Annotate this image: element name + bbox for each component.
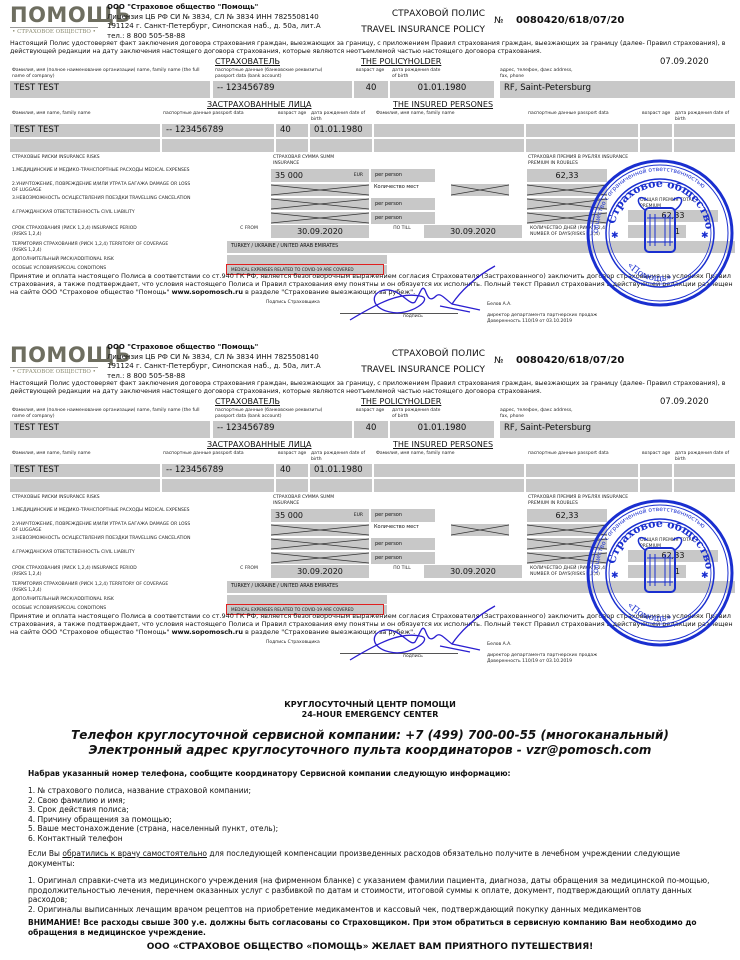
insured-dob: 01.01.1980 (310, 124, 372, 137)
risk-1-currency: EUR (354, 169, 363, 182)
insurer-signature-label: Подпись Страховщика (266, 300, 320, 306)
self-treatment-text: Если Вы обратились к врачу самостоятельн… (28, 849, 718, 868)
company-stamp: Общество с ограниченной ответственностью… (585, 158, 735, 308)
policy-title-ru: СТРАХОВОЙ ПОЛИС (380, 346, 485, 362)
instruction-text: Набрав указанный номер телефона, сообщит… (28, 769, 511, 779)
risk-4-label: 4.ГРАЖДАНСКАЯ ОТВЕТСТВЕННОСТЬ CIVIL LIAB… (12, 210, 192, 216)
risk-1-label: 1.МЕДИЦИНСКИЕ И МЕДИКО-ТРАНСПОРТНЫЕ РАСХ… (12, 508, 192, 514)
risk-1-currency: EUR (354, 509, 363, 522)
info-item: 4. Причину обращения за помощью; (28, 815, 278, 825)
risk-3-sum-crossed (271, 198, 369, 210)
period-from: 30.09.2020 (271, 225, 369, 238)
policyholder-age: 40 (354, 421, 388, 438)
info-item: 5. Ваше местонахождение (страна, населен… (28, 824, 278, 834)
company-info: ООО "Страховое общество "Помощь" Лицензи… (107, 3, 321, 41)
insured-row-2 (10, 479, 160, 492)
risk-3-sum-crossed (271, 538, 369, 550)
insured-passport: -- 123456789 (162, 124, 274, 137)
period-from-label: С FROM (238, 566, 260, 572)
company-logo: ПОМОЩЬ • СТРАХОВОЕ ОБЩЕСТВО • (10, 4, 98, 38)
policyholder-passport: -- 123456789 (213, 421, 352, 438)
risk-4-unit: per person (371, 212, 435, 224)
insured-row-2-cell (276, 479, 308, 492)
sum-header: СТРАХОВАЯ СУММА SUMM INSURANCE (273, 495, 353, 506)
label-name: Фамилия, имя (полное наименование органи… (12, 68, 202, 79)
svg-text:«Помощь»: «Помощь» (625, 601, 673, 625)
policy-title: СТРАХОВОЙ ПОЛИС TRAVEL INSURANCE POLICY (380, 6, 485, 22)
period-label: СРОК СТРАХОВАНИЯ (РИСК 1,2,4) INSURANCE … (12, 226, 152, 237)
risk-1-unit: per person (371, 169, 435, 182)
label-insured-passport: паспортные данные passport data (163, 111, 253, 117)
signer-power-of-attorney: Доверенность 110/19 от 03.10.2019 (487, 659, 627, 665)
label-insured-passport-2: паспортные данные passport data (528, 111, 618, 117)
policyholder-name: TEST TEST (10, 81, 210, 98)
insured-age-slot-2 (640, 124, 672, 137)
luggage-count-crossed (451, 184, 509, 196)
company-name: ООО "Страховое общество "Помощь" (107, 3, 321, 13)
svg-text:✱: ✱ (701, 231, 709, 241)
insured-row-2-cell (526, 479, 638, 492)
svg-text:«Помощь»: «Помощь» (625, 261, 673, 285)
signer-title: директор департамента партнерских продаж (487, 653, 627, 659)
signer-power-of-attorney: Доверенность 110/19 от 03.10.2019 (487, 319, 627, 325)
emergency-title-ru: КРУГЛОСУТОЧНЫЙ ЦЕНТР ПОМОЩИ (0, 700, 740, 710)
risk-1-sum-value: 35 000 (275, 171, 303, 180)
company-address: 191124 г. Санкт-Петербург, Синопская наб… (107, 22, 321, 32)
policyholder-heading-ru: СТРАХОВАТЕЛЬ (215, 57, 280, 66)
policy-number: 0080420/618/07/20 (516, 355, 624, 366)
label-dob: дата рождения date of birth (392, 408, 442, 419)
label-address: адрес, телефон, факс address, fax, phone (500, 408, 580, 419)
info-list: 1. № страхового полиса, название страхов… (28, 786, 278, 843)
risk-4-unit: per person (371, 552, 435, 564)
policy-title: СТРАХОВОЙ ПОЛИС TRAVEL INSURANCE POLICY (380, 346, 485, 362)
policyholder-age: 40 (354, 81, 388, 98)
policy-title-ru: СТРАХОВОЙ ПОЛИС (380, 6, 485, 22)
period-till-label: ПО TILL (392, 566, 412, 572)
insured-row-2-cell (674, 139, 735, 152)
label-address: адрес, телефон, факс address, fax, phone (500, 68, 580, 79)
additional-risk-label: ДОПОЛНИТЕЛЬНЫЙ РИСК/ADDITIONAL RISK (12, 257, 182, 263)
insured-heading-ru: ЗАСТРАХОВАННЫЕ ЛИЦА (207, 100, 311, 109)
period-till-label: ПО TILL (392, 226, 412, 232)
label-insured-name: Фамилия, имя name, family name (12, 111, 152, 117)
territory-label: ТЕРРИТОРИЯ СТРАХОВАНИЯ (РИСК 1,2,4) TERR… (12, 582, 182, 593)
svg-text:✱: ✱ (701, 571, 709, 581)
website: www.sopomosch.ru (172, 628, 243, 636)
insured-passport-slot-2 (526, 464, 638, 477)
risk-2-sum-crossed (271, 184, 369, 196)
label-insured-age-2: возраст age (642, 111, 672, 117)
label-insured-dob-2: дата рождения date of birth (675, 451, 730, 462)
website: www.sopomosch.ru (172, 288, 243, 296)
doc-item: 2. Оригиналы выписанных лечащим врачом р… (28, 905, 718, 915)
company-license: Лицензия ЦБ РФ СИ № 3834, СЛ № 3834 ИНН … (107, 353, 321, 363)
emergency-title-en: 24-HOUR EMERGENCY CENTER (0, 710, 740, 720)
emergency-email: Электронный адрес круглосуточного пульта… (0, 743, 740, 758)
label-insured-dob: дата рождения date of birth (311, 111, 366, 122)
risks-header: СТРАХОВЫЕ РИСКИ INSURANCE RISKS (12, 495, 102, 501)
insured-row-2-cell (640, 139, 672, 152)
company-info: ООО "Страховое общество "Помощь" Лицензи… (107, 343, 321, 381)
insured-heading-en: THE INSURED PERSONES (393, 100, 493, 109)
insured-row-2-cell (374, 139, 524, 152)
label-name: Фамилия, имя (полное наименование органи… (12, 408, 202, 419)
insured-row-2-cell (310, 139, 372, 152)
policy-title-en: TRAVEL INSURANCE POLICY (361, 22, 485, 38)
risk-2-unit: Количество мест (374, 184, 419, 190)
additional-risk-label: ДОПОЛНИТЕЛЬНЫЙ РИСК/ADDITIONAL RISK (12, 597, 182, 603)
territory-label: ТЕРРИТОРИЯ СТРАХОВАНИЯ (РИСК 1,2,4) TERR… (12, 242, 182, 253)
insured-passport-slot-2 (526, 124, 638, 137)
insured-dob-slot-2 (674, 124, 735, 137)
self-treatment-emphasis: обратились к врачу самостоятельно (62, 849, 207, 858)
label-insured-passport-2: паспортные данные passport data (528, 451, 618, 457)
insured-name: TEST TEST (10, 464, 160, 477)
company-address: 191124 г. Санкт-Петербург, Синопская наб… (107, 362, 321, 372)
company-logo: ПОМОЩЬ • СТРАХОВОЕ ОБЩЕСТВО • (10, 344, 98, 378)
svg-text:✱: ✱ (611, 571, 619, 581)
policy-number-label: № (494, 16, 503, 26)
insured-age: 40 (276, 124, 308, 137)
signature-scribble (340, 602, 500, 662)
insured-row-2 (10, 139, 160, 152)
label-insured-passport: паспортные данные passport data (163, 451, 253, 457)
label-insured-name: Фамилия, имя name, family name (12, 451, 152, 457)
label-insured-name-2: Фамилия, имя name, family name (376, 111, 516, 117)
insured-dob: 01.01.1980 (310, 464, 372, 477)
risk-4-sum-crossed (271, 212, 369, 224)
period-label: СРОК СТРАХОВАНИЯ (РИСК 1,2,4) INSURANCE … (12, 566, 152, 577)
policyholder-dob: 01.01.1980 (390, 421, 494, 438)
policyholder-dob: 01.01.1980 (390, 81, 494, 98)
policyholder-passport: -- 123456789 (213, 81, 352, 98)
insurer-signature-label: Подпись Страховщика (266, 640, 320, 646)
policyholder-address: RF, Saint-Petersburg (500, 421, 735, 438)
insured-row-2-cell (276, 139, 308, 152)
risk-1-label: 1.МЕДИЦИНСКИЕ И МЕДИКО-ТРАНСПОРТНЫЕ РАСХ… (12, 168, 192, 174)
label-insured-age: возраст age (278, 451, 308, 457)
risk-1-sum: 35 000EUR (271, 169, 369, 182)
required-docs: 1. Оригинал справки-счета из медицинског… (28, 876, 718, 914)
period-from: 30.09.2020 (271, 565, 369, 578)
policy-number-label: № (494, 356, 503, 366)
label-insured-dob-2: дата рождения date of birth (675, 111, 730, 122)
risk-2-unit: Количество мест (374, 524, 419, 530)
policyholder-heading-en: THE POLICYHOLDER (361, 57, 441, 66)
label-passport: паспортные данные (банковские реквизиты)… (215, 408, 335, 419)
label-age: возраст age (356, 68, 386, 74)
policy-number: 0080420/618/07/20 (516, 15, 624, 26)
insured-row-2-cell (374, 479, 524, 492)
label-insured-age: возраст age (278, 111, 308, 117)
company-stamp: Общество с ограниченной ответственностью… (585, 498, 735, 648)
policy-intro: Настоящий Полис удостоверяет факт заключ… (10, 380, 735, 396)
label-dob: дата рождения date of birth (392, 68, 442, 79)
period-till: 30.09.2020 (424, 565, 522, 578)
special-conditions-label: ОСОБЫЕ УСЛОВИЯ/SPECIAL CONDITIONS (12, 266, 182, 272)
risks-header: СТРАХОВЫЕ РИСКИ INSURANCE RISKS (12, 155, 102, 161)
policyholder-heading-ru: СТРАХОВАТЕЛЬ (215, 397, 280, 406)
insured-heading-en: THE INSURED PERSONES (393, 440, 493, 449)
insured-age: 40 (276, 464, 308, 477)
label-insured-name-2: Фамилия, имя name, family name (376, 451, 516, 457)
policy-copy-1: ПОМОЩЬ • СТРАХОВОЕ ОБЩЕСТВО • ООО "Страх… (0, 0, 740, 338)
policyholder-address: RF, Saint-Petersburg (500, 81, 735, 98)
insured-heading-ru: ЗАСТРАХОВАННЫЕ ЛИЦА (207, 440, 311, 449)
policy-copy-2: ПОМОЩЬ • СТРАХОВОЕ ОБЩЕСТВО • ООО "Страх… (0, 340, 740, 678)
risk-2-label: 2.УНИЧТОЖЕНИЕ, ПОВРЕЖДЕНИЕ И/ИЛИ УТРАТА … (12, 182, 192, 193)
insured-name-slot-2 (374, 464, 524, 477)
info-item: 2. Свою фамилию и имя; (28, 796, 278, 806)
warning-text: ВНИМАНИЕ! Все расходы свыше 300 у.е. дол… (28, 918, 718, 937)
risk-2-label: 2.УНИЧТОЖЕНИЕ, ПОВРЕЖДЕНИЕ И/ИЛИ УТРАТА … (12, 522, 192, 533)
signature-scribble (340, 262, 500, 322)
insured-dob-slot-2 (674, 464, 735, 477)
special-conditions-label: ОСОБЫЕ УСЛОВИЯ/SPECIAL CONDITIONS (12, 606, 182, 612)
svg-text:✱: ✱ (611, 231, 619, 241)
insured-row-2-cell (526, 139, 638, 152)
farewell-text: ООО «СТРАХОВОЕ ОБЩЕСТВО «ПОМОЩЬ» ЖЕЛАЕТ … (0, 942, 740, 952)
info-item: 3. Срок действия полиса; (28, 805, 278, 815)
insured-row-2-cell (640, 479, 672, 492)
company-name: ООО "Страховое общество "Помощь" (107, 343, 321, 353)
risk-1-sum-value: 35 000 (275, 511, 303, 520)
policyholder-heading-en: THE POLICYHOLDER (361, 397, 441, 406)
insured-name-slot-2 (374, 124, 524, 137)
sum-header: СТРАХОВАЯ СУММА SUMM INSURANCE (273, 155, 353, 166)
issue-date: 07.09.2020 (660, 397, 709, 407)
risk-4-label: 4.ГРАЖДАНСКАЯ ОТВЕТСТВЕННОСТЬ CIVIL LIAB… (12, 550, 192, 556)
insured-row-2-cell (162, 139, 274, 152)
risk-3-label: 3.НЕВОЗМОЖНОСТЬ ОСУЩЕСТВЛЕНИЯ ПОЕЗДКИ TR… (12, 536, 192, 542)
emergency-section: КРУГЛОСУТОЧНЫЙ ЦЕНТР ПОМОЩИ 24-HOUR EMER… (0, 700, 740, 758)
policy-intro: Настоящий Полис удостоверяет факт заключ… (10, 40, 735, 56)
info-item: 1. № страхового полиса, название страхов… (28, 786, 278, 796)
insured-row-2-cell (674, 479, 735, 492)
doc-item: 1. Оригинал справки-счета из медицинског… (28, 876, 718, 905)
risk-1-sum: 35 000EUR (271, 509, 369, 522)
insured-row-2-cell (162, 479, 274, 492)
luggage-count-crossed (451, 524, 509, 536)
risk-1-unit: per person (371, 509, 435, 522)
policy-title-en: TRAVEL INSURANCE POLICY (361, 362, 485, 378)
signer-title: директор департамента партнерских продаж (487, 313, 627, 319)
self-pre: Если Вы (28, 849, 62, 858)
label-insured-age-2: возраст age (642, 451, 672, 457)
label-age: возраст age (356, 408, 386, 414)
insured-row-2-cell (310, 479, 372, 492)
period-till: 30.09.2020 (424, 225, 522, 238)
label-passport: паспортные данные (банковские реквизиты)… (215, 68, 335, 79)
risk-4-sum-crossed (271, 552, 369, 564)
emergency-phone: Телефон круглосуточной сервисной компани… (0, 728, 740, 743)
policyholder-name: TEST TEST (10, 421, 210, 438)
risk-3-label: 3.НЕВОЗМОЖНОСТЬ ОСУЩЕСТВЛЕНИЯ ПОЕЗДКИ TR… (12, 196, 192, 202)
insured-age-slot-2 (640, 464, 672, 477)
risk-2-sum-crossed (271, 524, 369, 536)
risk-3-unit: per person (371, 538, 435, 550)
label-insured-dob: дата рождения date of birth (311, 451, 366, 462)
insured-passport: -- 123456789 (162, 464, 274, 477)
insured-name: TEST TEST (10, 124, 160, 137)
period-from-label: С FROM (238, 226, 260, 232)
issue-date: 07.09.2020 (660, 57, 709, 67)
info-item: 6. Контактный телефон (28, 834, 278, 844)
company-license: Лицензия ЦБ РФ СИ № 3834, СЛ № 3834 ИНН … (107, 13, 321, 23)
risk-3-unit: per person (371, 198, 435, 210)
